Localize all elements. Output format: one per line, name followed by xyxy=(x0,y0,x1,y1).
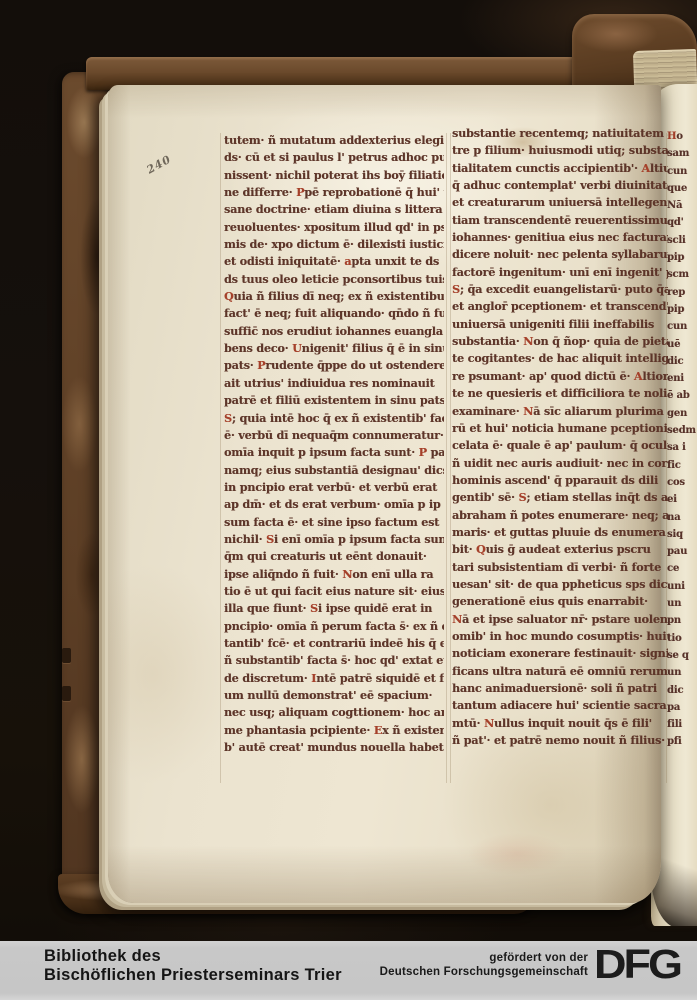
clasp-remnant xyxy=(62,686,71,701)
manuscript-text-line: tantib' fcē· et contrariū indeē his q̄ e… xyxy=(224,636,444,653)
manuscript-text-line: Nā et ipse saluator nr̄· pstare uolens xyxy=(452,612,668,629)
manuscript-text-line: un xyxy=(667,667,697,684)
manuscript-text-line: sum facta ē· et sine ipso factum est xyxy=(224,515,444,532)
manuscript-text-line: se q xyxy=(667,650,697,667)
ruling-line xyxy=(446,133,447,783)
manuscript-text-line: pats· Prudente q̄ppe do ut ostenderet xyxy=(224,358,444,375)
manuscript-text-line: mis de· xpo dictum ē· dilexisti iusticiā xyxy=(224,237,444,254)
manuscript-text-line: sedm xyxy=(667,425,697,442)
manuscript-text-line: substantie recentemq; natiuitatem api xyxy=(452,126,668,143)
manuscript-text-line: fic xyxy=(667,460,697,477)
manuscript-text-line: qd' xyxy=(667,217,697,234)
manuscript-text-line: q̄m qui creaturis ut eēnt donauit· xyxy=(224,549,444,566)
manuscript-text-line: um nullū demonstrat' eē spacium· xyxy=(224,688,444,705)
manuscript-text-line: tialitatem cunctis accipientib'· Altius xyxy=(452,161,668,178)
manuscript-text-line: ce xyxy=(667,563,697,580)
manuscript-text-line: uniuersā unigeniti filii ineffabilis xyxy=(452,317,668,334)
manuscript-text-line: tio xyxy=(667,633,697,650)
manuscript-text-line: celata ē· quale ē ap' paulum· q̄ oculus xyxy=(452,438,668,455)
clasp-remnant xyxy=(62,648,71,663)
manuscript-text-line: ñ uidit nec auris audiuit· nec in cor xyxy=(452,456,668,473)
manuscript-text-line: dicere noluit· nec pelenta syllabarum xyxy=(452,247,668,264)
manuscript-text-line: dic xyxy=(667,685,697,702)
manuscript-text-line: fact' ē neq; fuit aliquando· qn̄do ñ fui… xyxy=(224,306,444,323)
manuscript-text-line: Ho xyxy=(667,131,697,148)
manuscript-text-line: ds tuus oleo leticie pconsortibus tuis· xyxy=(224,272,444,289)
manuscript-text-line: hanc animaduersionē· soli ñ patri xyxy=(452,681,668,698)
footer-credit-bar: Bibliothek des Bischöflichen Priestersem… xyxy=(0,941,697,1000)
manuscript-text-line: mtū· Nullus inquit nouit q̄s ē fili' xyxy=(452,716,668,733)
manuscript-text-line: bens deco· Unigenit' filius q̄ ē in sinu xyxy=(224,341,444,358)
manuscript-text-line: que xyxy=(667,183,697,200)
manuscript-text-line: q̄ adhuc contemplat' verbi diuinitatē xyxy=(452,178,668,195)
manuscript-text-line: omīa inquit p ipsum facta sunt· P pa xyxy=(224,445,444,462)
manuscript-text-line: et anglor̄ pceptionem· et transcend' xyxy=(452,299,668,316)
manuscript-text-line: nichil· Si enī omīa p ipsum facta sunt· xyxy=(224,532,444,549)
manuscript-text-line: pncipio· omīa ñ perum facta s̄· ex ñ ex xyxy=(224,619,444,636)
manuscript-text-line: et creaturarum uniuersā intellegen xyxy=(452,195,668,212)
manuscript-text-line: Quia ñ filius dī neq; ex ñ existentibus xyxy=(224,289,444,306)
manuscript-text-line: patrē et filiū existentem in sinu pats· xyxy=(224,393,444,410)
library-name: Bibliothek des Bischöflichen Priestersem… xyxy=(44,947,342,985)
manuscript-text-line: tio ē ut qui facit eius nature sit· eius xyxy=(224,584,444,601)
manuscript-text-line: ñ substantib' facta s̄· hoc qd' extat et… xyxy=(224,653,444,670)
manuscript-text-line: Nā xyxy=(667,200,697,217)
manuscript-text-line: ap dm̄· et ds erat verbum· omīa p ip xyxy=(224,497,444,514)
funding-credit: gefördert von der Deutschen Forschungsge… xyxy=(300,952,588,979)
manuscript-text-line: ipse aliq̄ndo ñ fuit· Non enī ulla ra xyxy=(224,567,444,584)
manuscript-text-line: S; q̄a excedit euangelistarū· puto q̄a xyxy=(452,282,668,299)
manuscript-text-line: dic xyxy=(667,356,697,373)
manuscript-text-line: illa que fiunt· Si ipse quidē erat in xyxy=(224,601,444,618)
manuscript-text-line: hominis ascend' q̄ pparauit ds dili xyxy=(452,473,668,490)
manuscript-text-line: uni xyxy=(667,581,697,598)
manuscript-text-line: nec usq; aliquam cogttionem· hoc ani xyxy=(224,705,444,722)
manuscript-text-line: pau xyxy=(667,546,697,563)
manuscript-text-line: pfi xyxy=(667,736,697,753)
manuscript-text-line: examinare· Nā sīc aliarum plurima xyxy=(452,404,668,421)
manuscript-text-line: ds· cū et si paulus l' petrus adhoc pue xyxy=(224,150,444,167)
manuscript-text-line: ait utrius' indiuidua res nominauit xyxy=(224,376,444,393)
funding-credit-line2: Deutschen Forschungsgemeinschaft xyxy=(300,966,588,980)
funding-credit-line1: gefördert von der xyxy=(300,952,588,966)
manuscript-text-line: reuoluentes· xpositum illud qd' in psal xyxy=(224,220,444,237)
library-name-line2: Bischöflichen Priesterseminars Trier xyxy=(44,966,342,985)
manuscript-text-line: tre p filium· huiusmodi utiq; substan xyxy=(452,143,668,160)
manuscript-text-line: de discretum· Intē patrē siquidē et fili xyxy=(224,671,444,688)
manuscript-text-line: tari subsistentiam dī verbi· ñ forte xyxy=(452,560,668,577)
digitized-manuscript-photo: HosamcunqueNāqd'sclipipscmreppipcunuēdic… xyxy=(0,0,697,1000)
manuscript-text-line: omib' in hoc mundo cosumptis· huius xyxy=(452,629,668,646)
manuscript-text-line: pa xyxy=(667,702,697,719)
manuscript-text-line: pip xyxy=(667,304,697,321)
manuscript-text-line: sane doctrine· etiam diuina s littera xyxy=(224,202,444,219)
manuscript-text-line: factorē ingenitum· unī enī ingenit' pat xyxy=(452,265,668,282)
manuscript-text-line: b' autē creat' mundus nouella habet xyxy=(224,740,444,757)
manuscript-text-line: te cogitantes· de hac aliquit intellige xyxy=(452,351,668,368)
manuscript-text-line: eni xyxy=(667,373,697,390)
manuscript-text-line: cun xyxy=(667,166,697,183)
manuscript-text-line: siq xyxy=(667,529,697,546)
manuscript-text-line: uesan' sit· de qua ppheticus sps dicit· xyxy=(452,577,668,594)
book-cover-left xyxy=(62,72,112,910)
manuscript-text-line: tutem· ñ mutatum addexterius elegit xyxy=(224,133,444,150)
manuscript-text-line: abraham ñ potes enumerare· neq; arenā xyxy=(452,508,668,525)
recto-edge-text-column: HosamcunqueNāqd'sclipipscmreppipcunuēdic… xyxy=(667,131,697,754)
manuscript-text-line: noticiam exonerare festinauit· signi xyxy=(452,646,668,663)
manuscript-text-line: bit· Quis ḡ audeat exterius pscru xyxy=(452,542,668,559)
manuscript-text-line: generationē eius quis enarrabit· xyxy=(452,594,668,611)
manuscript-text-line: uē xyxy=(667,339,697,356)
manuscript-text-line: S; quia intē hoc q̄ ex ñ existentib' fac… xyxy=(224,411,444,428)
manuscript-text-line: me phantasia pcipiente· Ex ñ existenti xyxy=(224,723,444,740)
manuscript-text-line: fili xyxy=(667,719,697,736)
dfg-logo: DFG xyxy=(594,941,680,988)
manuscript-text-line: iohannes· genitiua eius nec facturam xyxy=(452,230,668,247)
manuscript-text-line: pn xyxy=(667,615,697,632)
manuscript-text-line: tantum adiacere hui' scientie sacra xyxy=(452,698,668,715)
manuscript-text-line: te ne quesieris et difficiliora te noli xyxy=(452,386,668,403)
manuscript-text-line: maris· et guttas pluuie ds enumera xyxy=(452,525,668,542)
manuscript-text-line: ē ab xyxy=(667,390,697,407)
manuscript-text-line: ei xyxy=(667,494,697,511)
manuscript-text-line: un xyxy=(667,598,697,615)
manuscript-text-line: namq; eius substantiā designau' dics· xyxy=(224,463,444,480)
manuscript-text-line: gentib' sē· S; etiam stellas inq̄t ds ad xyxy=(452,490,668,507)
manuscript-text-line: rū et hui' noticia humane pceptioni xyxy=(452,421,668,438)
manuscript-text-line: sam xyxy=(667,148,697,165)
manuscript-text-line: scm xyxy=(667,269,697,286)
manuscript-text-line: ficans ultra naturā eē omniū rerum xyxy=(452,664,668,681)
manuscript-text-line: na xyxy=(667,512,697,529)
manuscript-text-line: rep xyxy=(667,287,697,304)
manuscript-text-line: in pncipio erat verbū· et verbū erat xyxy=(224,480,444,497)
manuscript-text-line: re psumant· ap' quod dictū ē· Altiora xyxy=(452,369,668,386)
manuscript-text-line: pip xyxy=(667,252,697,269)
manuscript-text-line: tiam transcendentē reuerentissimus xyxy=(452,213,668,230)
manuscript-text-line: ñ pat'· et patrē nemo nouit ñ filius· xyxy=(452,733,668,750)
manuscript-text-line: suffic̄ nos erudiut iohannes euangla sc̄ xyxy=(224,324,444,341)
manuscript-text-line: et odisti iniquitatē· apta unxit te ds xyxy=(224,254,444,271)
manuscript-text-line: ē· verbū dī nequaq̄m connumeratur· xyxy=(224,428,444,445)
text-column-left: tutem· ñ mutatum addexterius elegitds· c… xyxy=(224,133,444,757)
manuscript-text-line: substantia· Non q̄ ñop· quia de pieta xyxy=(452,334,668,351)
text-column-right: substantie recentemq; natiuitatem apitre… xyxy=(452,126,668,750)
manuscript-text-line: cos xyxy=(667,477,697,494)
manuscript-text-line: nissent· nichil poterat ihs boȳ filiatio xyxy=(224,168,444,185)
ruling-line xyxy=(450,133,451,783)
ruling-line xyxy=(220,133,221,783)
manuscript-text-line: sa i xyxy=(667,442,697,459)
manuscript-text-line: gen xyxy=(667,408,697,425)
manuscript-text-line: ne differre· Ppē reprobationē q̄ hui' ue xyxy=(224,185,444,202)
library-name-line1: Bibliothek des xyxy=(44,947,342,966)
manuscript-text-line: cun xyxy=(667,321,697,338)
manuscript-text-line: scli xyxy=(667,235,697,252)
